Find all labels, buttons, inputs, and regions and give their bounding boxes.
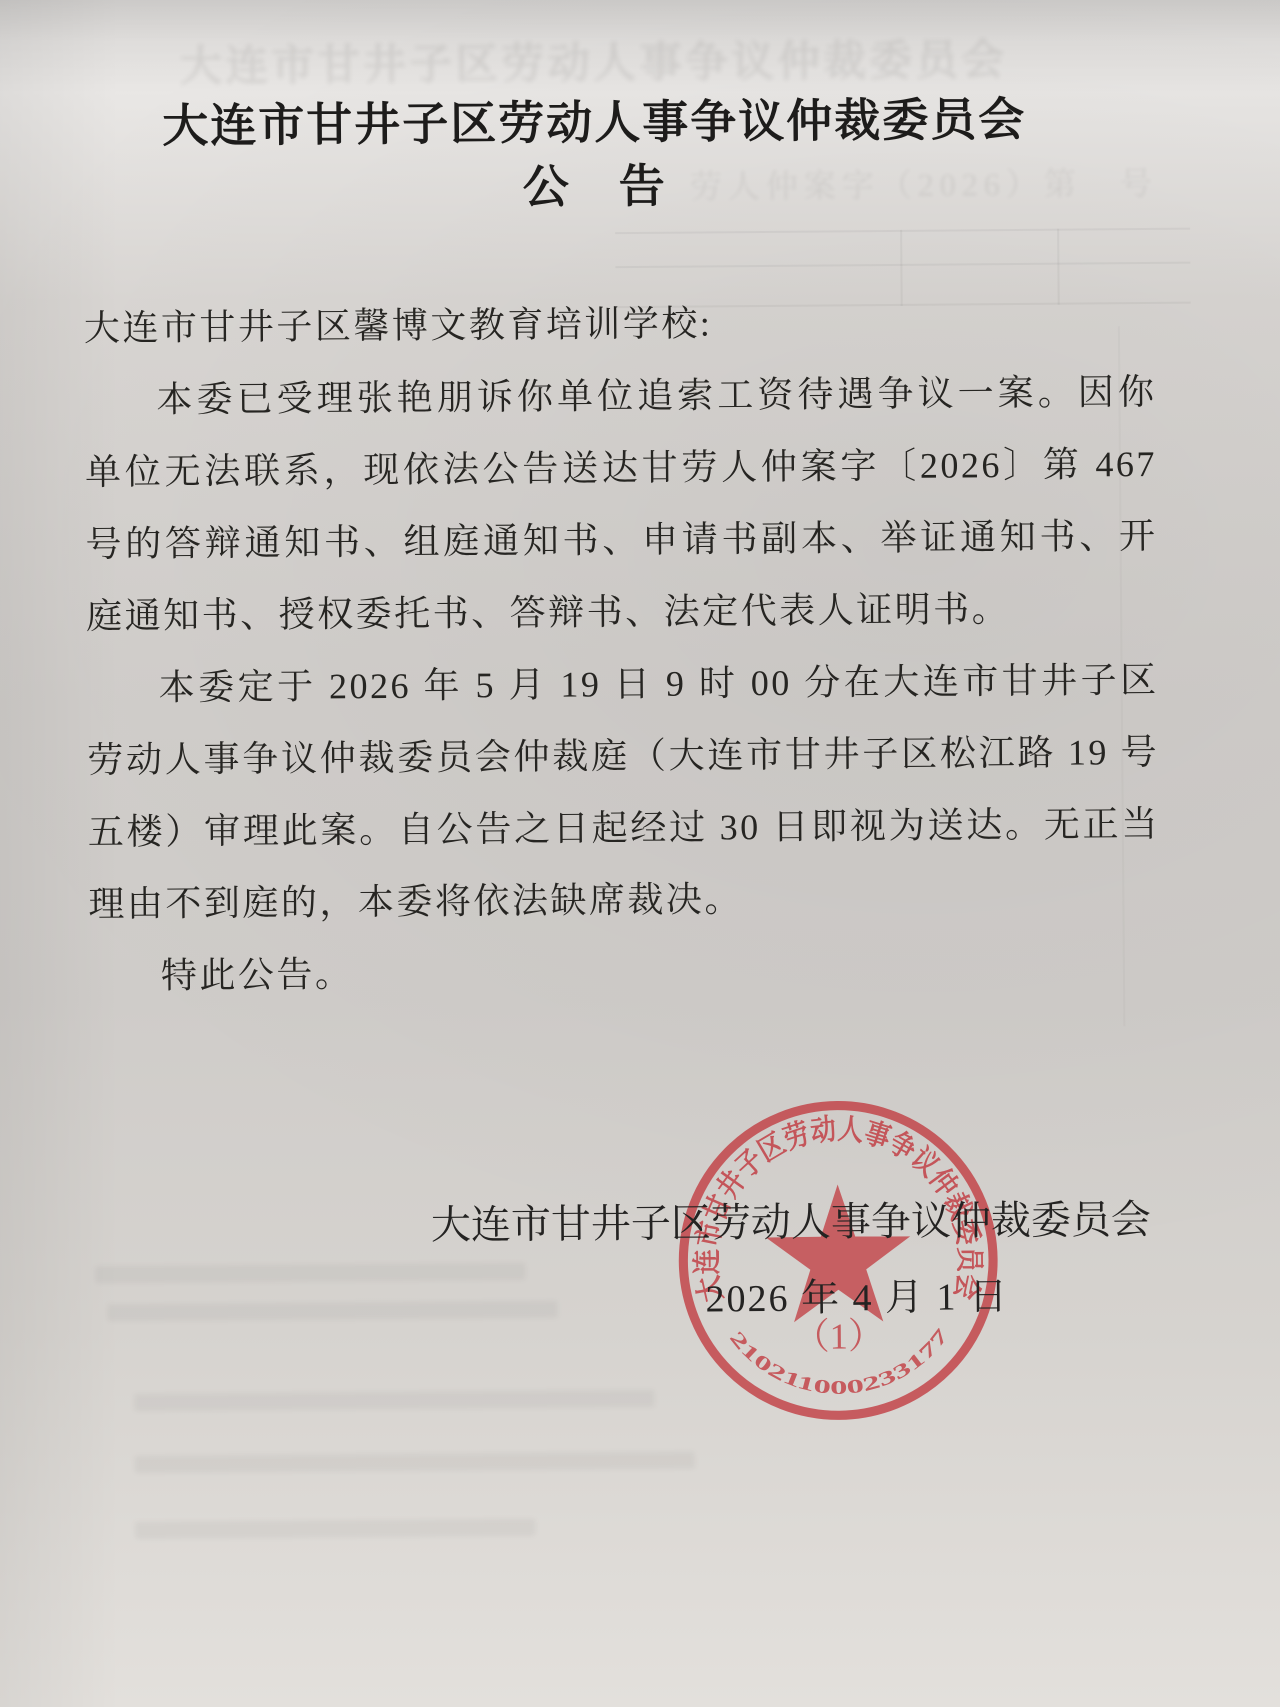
ghost-text-bar (108, 1301, 558, 1322)
addressee-line: 大连市甘井子区馨博文教育培训学校: (84, 284, 1157, 364)
date-line: 2026 年 4 月 1 日 (705, 1265, 1009, 1322)
ghost-text-bar (135, 1452, 695, 1473)
ghost-table-line (615, 262, 1190, 269)
closing-line: 特此公告。 (89, 932, 1162, 1012)
signature-line: 大连市甘井子区劳动人事争议仲裁委员会 (431, 1188, 1171, 1251)
seal-center-label: （1） (793, 1316, 884, 1357)
document-photo: 大连市甘井子区劳动人事争议仲裁委员会 劳人仲案字（2026）第 号 大连市甘井子… (0, 0, 1280, 1707)
committee-title: 大连市甘井子区劳动人事争议仲裁委员会 (58, 82, 1130, 156)
ghost-text-bar (95, 1263, 525, 1283)
body-paragraph-1: 本委已受理张艳朋诉你单位追索工资待遇争议一案。因你单位无法联系，现依法公告送达甘… (84, 356, 1158, 652)
notice-heading: 公 告 (58, 146, 1130, 220)
ghost-text-bar (135, 1519, 535, 1539)
official-seal: 大连市甘井子区劳动人事争议仲裁委员会 （1） 210211000233177 (670, 1092, 1007, 1429)
notice-body: 大连市甘井子区馨博文教育培训学校: 本委已受理张艳朋诉你单位追索工资待遇争议一案… (84, 284, 1162, 1012)
ghost-table-line (615, 228, 1190, 235)
ghost-text-bar (134, 1390, 654, 1411)
notice-page: 大连市甘井子区劳动人事争议仲裁委员会 劳人仲案字（2026）第 号 大连市甘井子… (0, 0, 1280, 1707)
body-paragraph-2: 本委定于 2026 年 5 月 19 日 9 时 00 分在大连市甘井子区劳动人… (86, 644, 1160, 940)
